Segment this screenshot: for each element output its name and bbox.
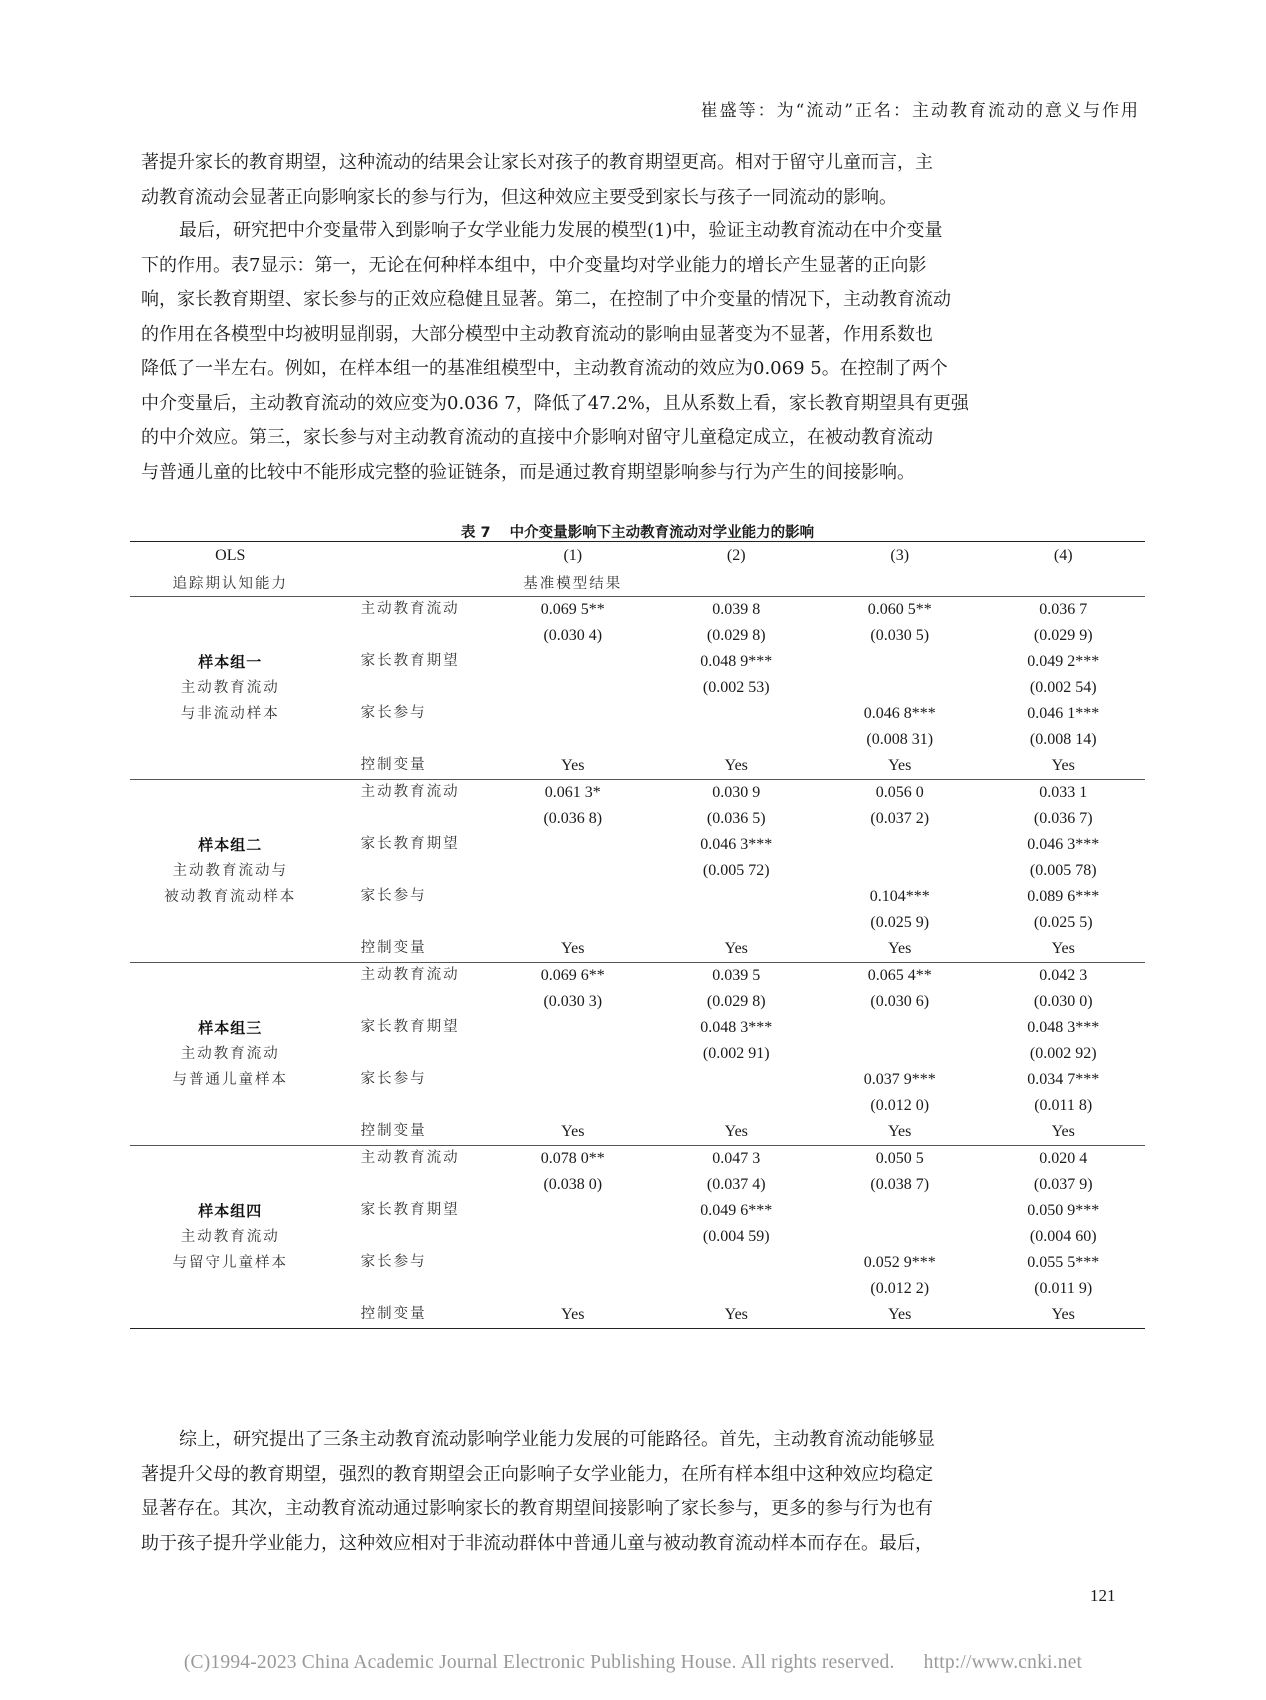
header-row-models: OLS (1) (2) (3) (4) <box>130 542 1145 570</box>
copyright-footer: (C)1994-2023 China Academic Journal Elec… <box>0 1652 1266 1674</box>
text-line: 助于孩子提升学业能力，这种效应相对于非流动群体中普通儿童与被动教育流动样本而存在… <box>141 1527 1143 1562</box>
variable-label: 主动教育流动 <box>331 780 491 833</box>
variable-label: 家长教育期望 <box>331 1198 491 1250</box>
variable-label: 家长参与 <box>331 1250 491 1302</box>
header-row-dependent: 追踪期认知能力 基准模型结果 <box>130 569 1145 597</box>
sample-group-label: 样本组一 主动教育流动 与非流动样本 <box>130 597 331 780</box>
baseline-note: 基准模型结果 <box>491 569 654 597</box>
variable-label: 主动教育流动 <box>331 963 491 1016</box>
text-line: 最后，研究把中介变量带入到影响子女学业能力发展的模型(1)中，验证主动教育流动在… <box>141 214 1143 249</box>
results-table: OLS (1) (2) (3) (4) 追踪期认知能力 基准模型结果 样本组一 … <box>130 541 1145 1329</box>
text-line: 与普通儿童的比较中不能形成完整的验证链条，而是通过教育期望影响参与行为产生的间接… <box>141 456 1143 491</box>
method-label: OLS <box>130 542 331 570</box>
text-line: 中介变量后，主动教育流动的效应变为0.036 7，降低了47.2%，且从系数上看… <box>141 387 1143 422</box>
sample-group-label: 样本组三 主动教育流动 与普通儿童样本 <box>130 963 331 1146</box>
column-header: (1) <box>491 542 654 570</box>
text-line: 的作用在各模型中均被明显削弱，大部分模型中主动教育流动的影响由显著变为不显著，作… <box>141 318 1143 353</box>
text-line: 著提升父母的教育期望，强烈的教育期望会正向影响子女学业能力，在所有样本组中这种效… <box>141 1458 1143 1493</box>
table-row: 样本组一 主动教育流动 与非流动样本 主动教育流动 0.069 5** 0.03… <box>130 597 1145 624</box>
variable-label: 家长参与 <box>331 701 491 753</box>
variable-label: 家长教育期望 <box>331 832 491 884</box>
dependent-variable-label: 追踪期认知能力 <box>130 569 331 597</box>
column-header: (3) <box>818 542 981 570</box>
footer-url: http://www.cnki.net <box>924 1652 1083 1673</box>
paragraph-summary: 综上，研究提出了三条主动教育流动影响学业能力发展的可能路径。首先，主动教育流动能… <box>141 1423 1143 1561</box>
variable-label: 控制变量 <box>331 1119 491 1146</box>
text-line: 降低了一半左右。例如，在样本组一的基准组模型中，主动教育流动的效应为0.069 … <box>141 352 1143 387</box>
text-line: 综上，研究提出了三条主动教育流动影响学业能力发展的可能路径。首先，主动教育流动能… <box>141 1423 1143 1458</box>
table-row: 样本组四 主动教育流动 与留守儿童样本 主动教育流动 0.078 0** 0.0… <box>130 1146 1145 1173</box>
page-number: 121 <box>1090 1586 1116 1606</box>
table-row: 样本组二 主动教育流动与 被动教育流动样本 主动教育流动 0.061 3* 0.… <box>130 780 1145 807</box>
variable-label: 家长参与 <box>331 1067 491 1119</box>
text-line: 下的作用。表7显示：第一，无论在何种样本组中，中介变量均对学业能力的增长产生显著… <box>141 249 1143 284</box>
variable-label: 控制变量 <box>331 1302 491 1329</box>
text-line: 显著存在。其次，主动教育流动通过影响家长的教育期望间接影响了家长参与，更多的参与… <box>141 1492 1143 1527</box>
variable-label: 控制变量 <box>331 753 491 780</box>
running-head: 崔盛等：为“流动”正名：主动教育流动的意义与作用 <box>640 96 1140 121</box>
column-header: (2) <box>655 542 818 570</box>
variable-label: 家长教育期望 <box>331 1015 491 1067</box>
text-line: 著提升家长的教育期望，这种流动的结果会让家长对孩子的教育期望更高。相对于留守儿童… <box>141 146 1143 181</box>
variable-label: 家长教育期望 <box>331 649 491 701</box>
paragraph-continued: 著提升家长的教育期望，这种流动的结果会让家长对孩子的教育期望更高。相对于留守儿童… <box>141 146 1143 215</box>
text-line: 动教育流动会显著正向影响家长的参与行为，但这种效应主要受到家长与孩子一同流动的影… <box>141 181 1143 216</box>
table-row: 样本组三 主动教育流动 与普通儿童样本 主动教育流动 0.069 6** 0.0… <box>130 963 1145 990</box>
variable-label: 主动教育流动 <box>331 597 491 650</box>
variable-label: 控制变量 <box>331 936 491 963</box>
copyright-text: (C)1994-2023 China Academic Journal Elec… <box>184 1652 895 1673</box>
column-header: (4) <box>981 542 1145 570</box>
variable-label: 家长参与 <box>331 884 491 936</box>
paragraph-mediation: 最后，研究把中介变量带入到影响子女学业能力发展的模型(1)中，验证主动教育流动在… <box>141 214 1143 490</box>
variable-label: 主动教育流动 <box>331 1146 491 1199</box>
sample-group-label: 样本组四 主动教育流动 与留守儿童样本 <box>130 1146 331 1329</box>
table-caption: 表 7 中介变量影响下主动教育流动对学业能力的影响 <box>130 521 1145 542</box>
text-line: 的中介效应。第三，家长参与对主动教育流动的直接中介影响对留守儿童稳定成立，在被动… <box>141 421 1143 456</box>
table-number: 表 7 <box>461 525 491 541</box>
text-line: 响，家长教育期望、家长参与的正效应稳健且显著。第二，在控制了中介变量的情况下，主… <box>141 283 1143 318</box>
sample-group-label: 样本组二 主动教育流动与 被动教育流动样本 <box>130 780 331 963</box>
table-title: 中介变量影响下主动教育流动对学业能力的影响 <box>510 525 815 541</box>
